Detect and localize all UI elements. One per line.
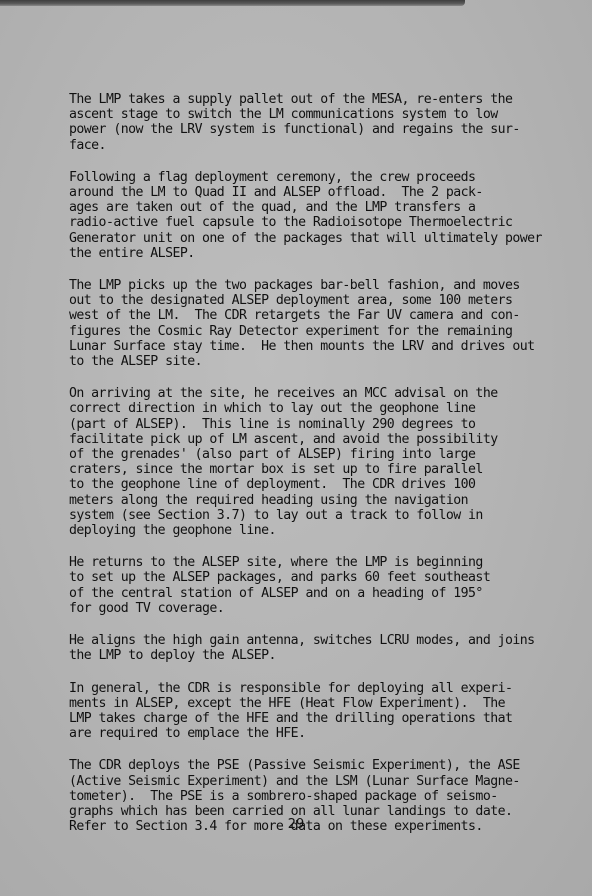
paragraph-lrv-parking: He returns to the ALSEP site, where the … <box>69 555 549 616</box>
paragraph-cdr-responsibilities: In general, the CDR is responsible for d… <box>69 681 549 742</box>
page-number: 29 <box>0 817 592 832</box>
paragraph-geophone-line: On arriving at the site, he receives an … <box>69 386 549 538</box>
paragraph-alsep-deployment-area: The LMP picks up the two packages bar-be… <box>69 278 549 369</box>
page-top-edge-shadow <box>0 0 465 6</box>
document-body: The LMP takes a supply pallet out of the… <box>69 92 549 851</box>
paragraph-flag-deployment: Following a flag deployment ceremony, th… <box>69 170 549 261</box>
paragraph-lmp-supply-pallet: The LMP takes a supply pallet out of the… <box>69 92 549 153</box>
paragraph-high-gain-antenna: He aligns the high gain antenna, switche… <box>69 633 549 663</box>
